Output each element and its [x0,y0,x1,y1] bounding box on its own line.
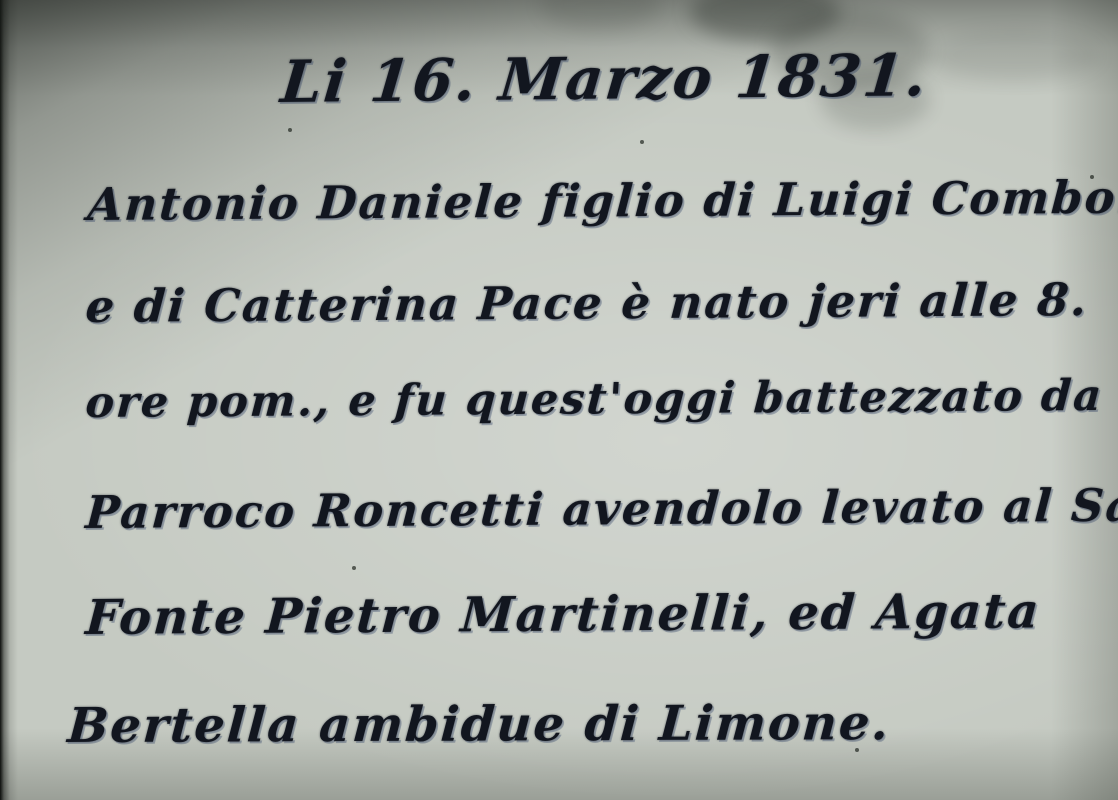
record-date-heading: Li 16. Marzo 1831. [278,41,931,116]
record-line-priest: Parroco Roncetti avendolo levato al Sacr… [84,478,1118,539]
record-line-mother-birth: e di Catterina Pace è nato jeri alle 8. [84,273,1090,333]
record-line-godfather: Fonte Pietro Martinelli, ed Agata [84,583,1042,646]
document-photo: Li 16. Marzo 1831. Antonio Daniele figli… [0,0,1118,800]
paper-smudge [540,0,660,30]
record-line-baptism: ore pom., e fu quest'oggi battezzato da … [84,370,1118,428]
paper-speck [640,140,644,144]
record-line-name-parents: Antonio Daniele figlio di Luigi Comboni, [86,170,1118,231]
paper-smudge [930,30,1100,80]
paper-speck [288,128,292,132]
paper-speck [352,566,356,570]
record-line-godmother: Bertella ambidue di Limone. [66,695,892,754]
